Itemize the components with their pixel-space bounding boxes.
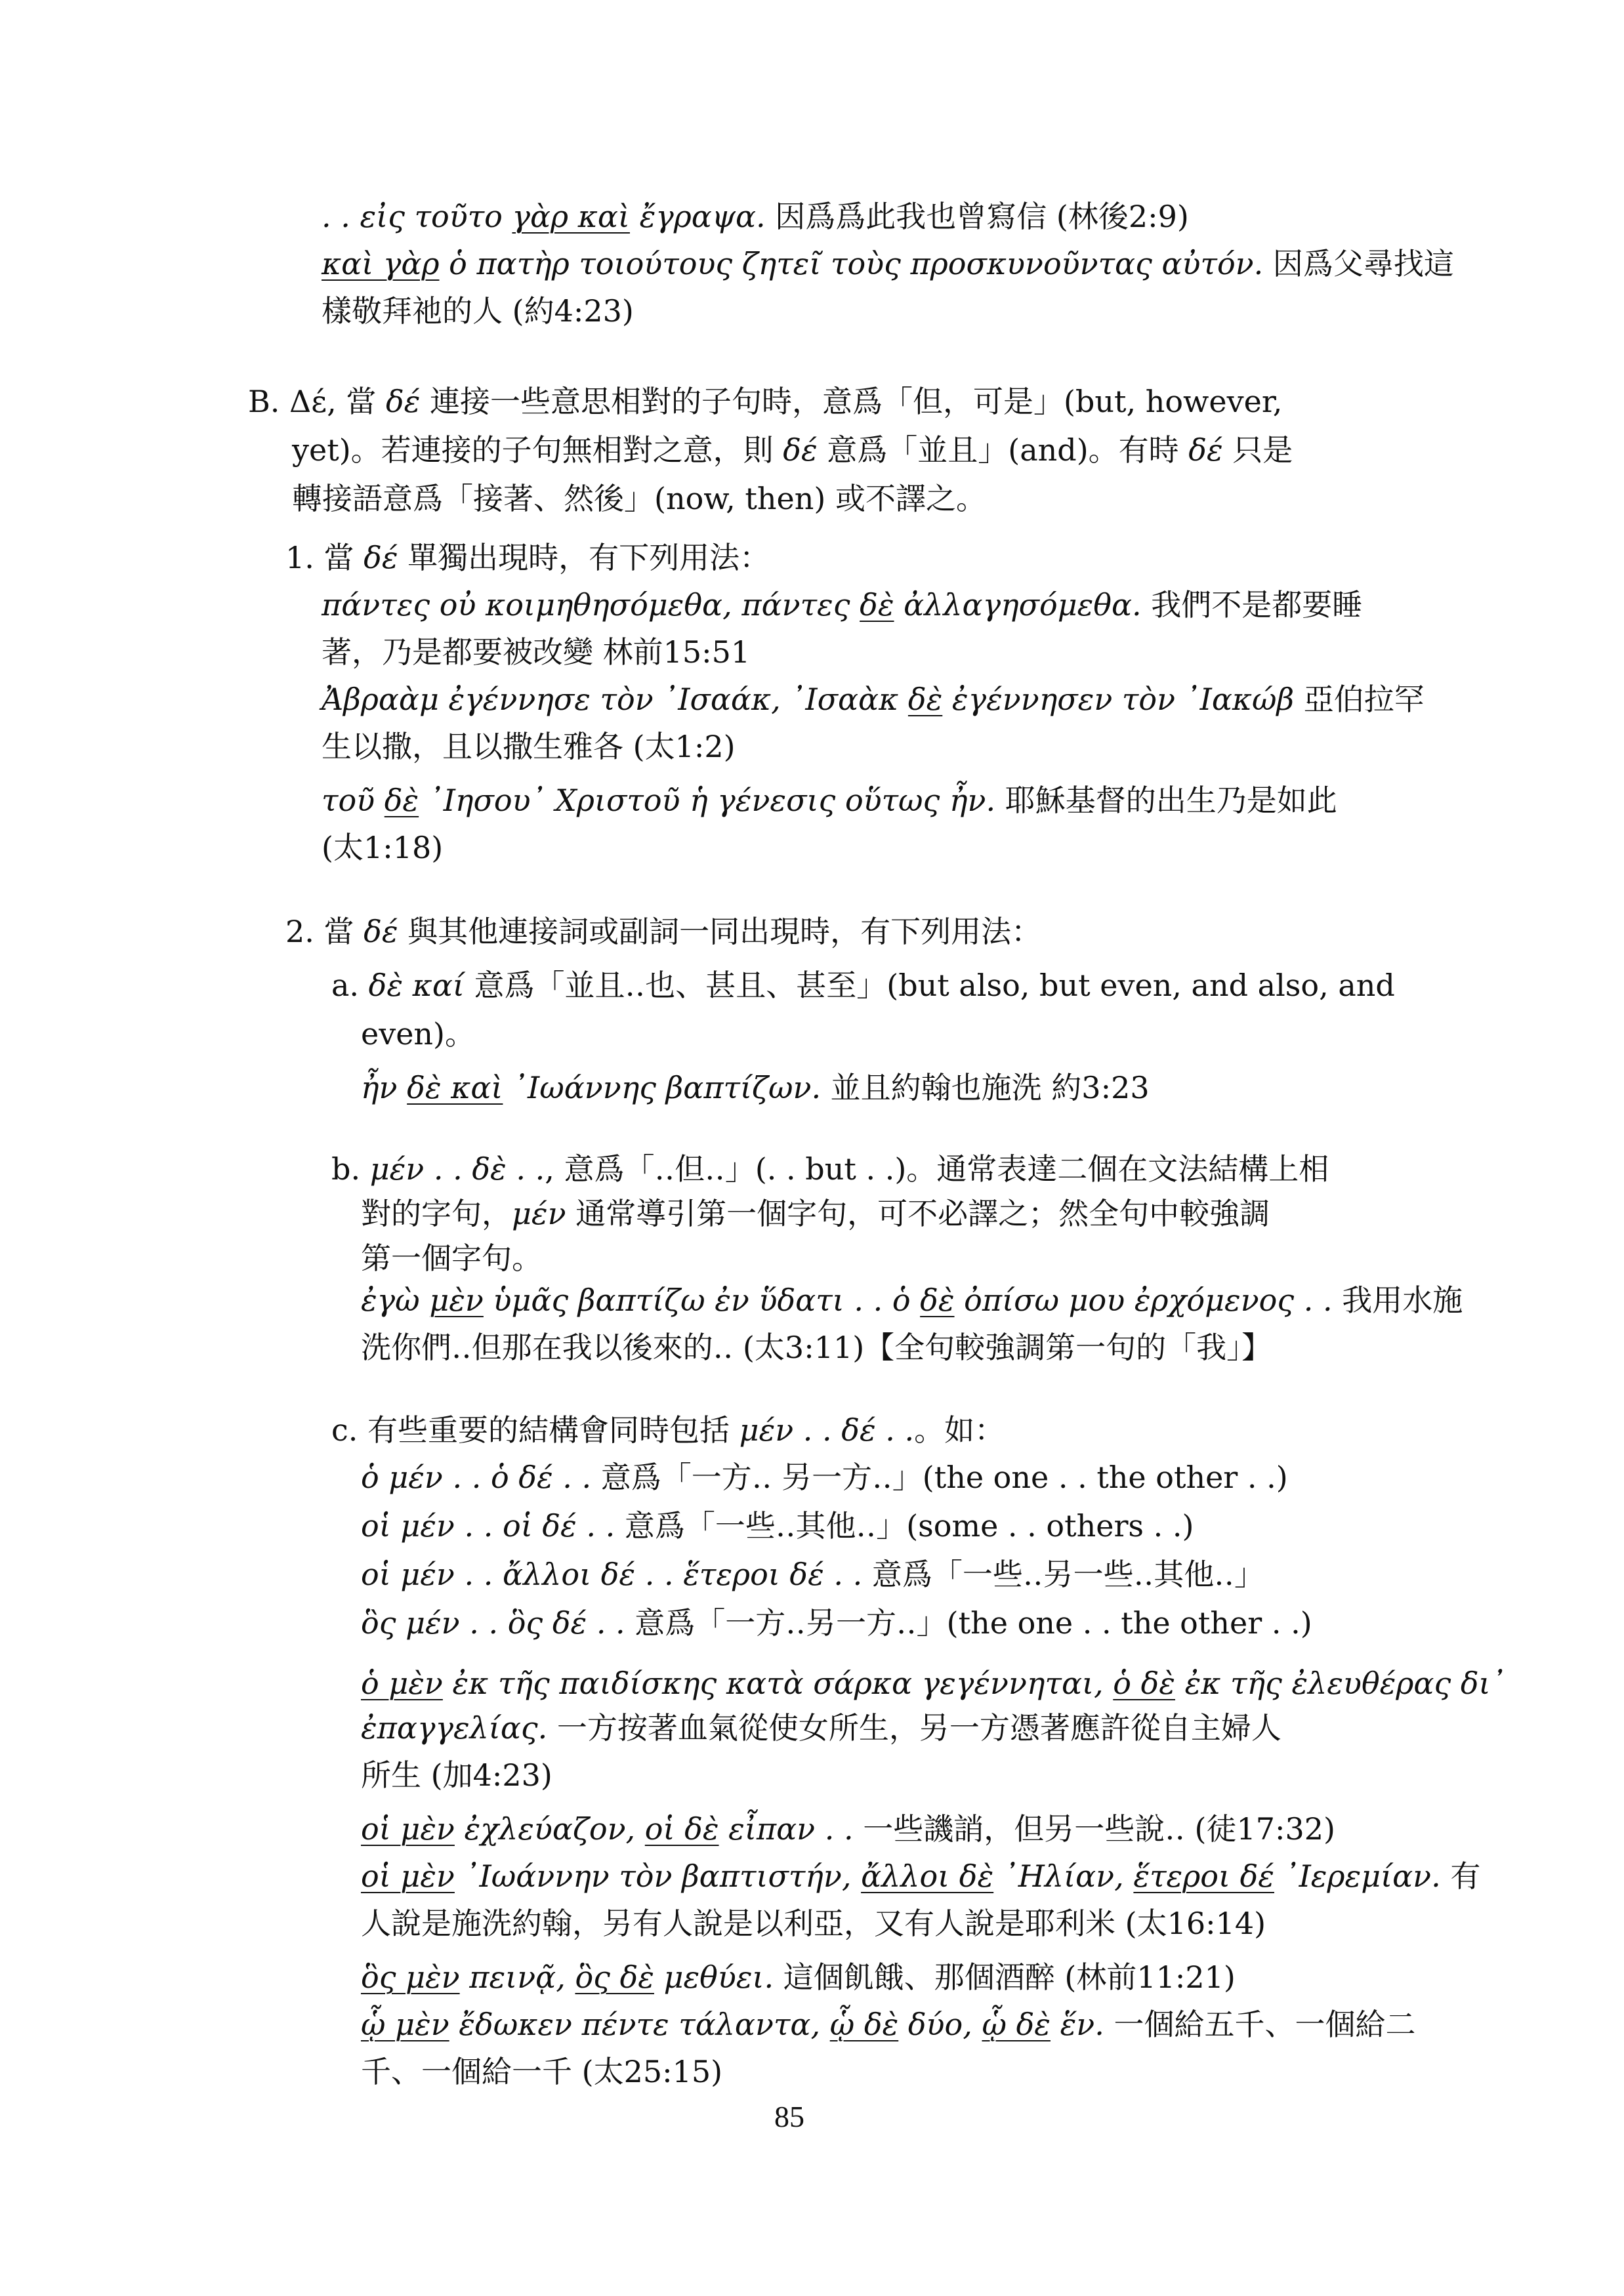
greek-text: μεθύει. [654, 1959, 774, 1995]
text-segment: 一個給五千、一個給二 [1104, 2007, 1416, 2042]
greek-emphasis: ὁ δὲ [1113, 1666, 1175, 1701]
greek-text: ὁ πατὴρ τοιούτους ζητεῖ τοὺς προσκυνοῦντ… [440, 246, 1264, 281]
greek-text: οἱ μέν . . ἄλλοι δέ . . ἕτεροι δέ . . [361, 1557, 862, 1592]
text-segment: 意爲「一方‥另一方‥」(the one . . the other . .) [625, 1605, 1312, 1641]
text-line: ὁ μέν . . ὁ δέ . . 意爲「一方‥ 另一方‥」(the one … [361, 1458, 1288, 1497]
text-segment: 意爲「一些‥另一些‥其他‥」 [862, 1557, 1264, 1592]
greek-text: ἕν. [1051, 2007, 1104, 2042]
greek-text: ᾿Ιωάννης βαπτίζων. [503, 1070, 821, 1105]
text-segment: 亞伯拉罕 [1294, 682, 1425, 717]
greek-emphasis: δὲ [908, 682, 942, 717]
text-line: 1. 當 δέ 單獨出現時，有下列用法： [285, 538, 770, 577]
text-segment: 一些譏誚，但另一些說‥ (徒17:32) [854, 1811, 1335, 1847]
text-line: 洗你們‥但那在我以後來的‥ (太3:11)【全句較強調第一句的「我」】 [361, 1328, 1272, 1367]
text-segment: 連接一些意思相對的子句時，意爲「但，可是」(but, however, [420, 384, 1282, 419]
greek-text: δὲ καί [369, 968, 465, 1003]
greek-text: ἐκ τῆς ἐλευθέρας δι᾿ [1175, 1666, 1506, 1701]
greek-text: δέ [386, 384, 420, 419]
document-page: . . εἰς τοῦτο γὰρ καὶ ἔγραψα. 因爲爲此我也曾寫信 … [0, 0, 1624, 2296]
greek-text: ἔγραψα. [630, 199, 766, 234]
greek-emphasis: καὶ γὰρ [322, 246, 440, 281]
text-segment: 我用水施 [1333, 1282, 1463, 1318]
text-segment: 第一個字句。 [361, 1240, 542, 1276]
greek-emphasis: ὁ μὲν [361, 1666, 443, 1701]
greek-text: ὑμᾶς βαπτίζω ἐν ὕδατι . . ὁ [484, 1282, 920, 1318]
greek-text: δύο, [898, 2007, 982, 2042]
text-line: 生以撒，且以撒生雅各 (太1:2) [322, 727, 736, 766]
text-line: 第一個字句。 [361, 1239, 542, 1278]
text-line: 對的字句，μέν 通常導引第一個字句，可不必譯之；然全句中較強調 [361, 1194, 1270, 1233]
greek-text: ἀλλαγησόμεθα. [894, 587, 1142, 623]
text-line: οἱ μὲν ᾿Ιωάννην τὸν βαπτιστήν, ἄλλοι δὲ … [361, 1856, 1480, 1896]
text-line: b. μέν . . δὲ . ., 意爲「‥但‥」(. . but . .)。… [331, 1149, 1329, 1189]
text-line: ὁ μὲν ἐκ τῆς παιδίσκης κατὰ σάρκα γεγένν… [361, 1664, 1506, 1703]
text-line: 轉接語意爲「接著、然後」(now, then) 或不譯之。 [292, 479, 986, 518]
greek-text: πάντες οὐ κοιμηθησόμεθα, πάντες [322, 587, 860, 623]
text-line: καὶ γὰρ ὁ πατὴρ τοιούτους ζητεῖ τοὺς προ… [322, 244, 1454, 283]
text-segment: 一方按著血氣從使女所生，另一方憑著應許從自主婦人 [547, 1710, 1281, 1746]
text-line: ᾧ μὲν ἔδωκεν πέντε τάλαντα, ᾧ δὲ δύο, ᾧ … [361, 2005, 1416, 2044]
text-line: οἱ μέν . . οἱ δέ . . 意爲「一些‥其他‥」(some . .… [361, 1506, 1194, 1546]
greek-text: μέν . . δέ . . [739, 1412, 915, 1448]
text-segment: 單獨出現時，有下列用法： [398, 540, 770, 575]
greek-text: μέν [512, 1196, 566, 1231]
text-line: 樣敬拜祂的人 (約4:23) [322, 291, 634, 331]
text-segment: 1. 當 [285, 540, 364, 575]
text-segment: 與其他連接詞或副詞一同出現時，有下列用法： [398, 914, 1042, 949]
greek-emphasis: γὰρ καὶ [512, 199, 630, 234]
text-segment: 對的字句， [361, 1196, 512, 1231]
greek-text: τοῦ [322, 783, 385, 818]
greek-text: ᾿Ιωάννην τὸν βαπτιστήν, [455, 1858, 861, 1894]
text-segment: , 意爲「‥但‥」(. . but . .)。通常表達二個在文法結構上相 [545, 1151, 1329, 1187]
greek-emphasis: οἱ δὲ [645, 1811, 719, 1847]
text-segment: b. [331, 1151, 370, 1187]
greek-text: ὃς μέν . . ὃς δέ . . [361, 1605, 625, 1641]
greek-text: ἐκ τῆς παιδίσκης κατὰ σάρκα γεγέννηται, [443, 1666, 1113, 1701]
text-segment: B. Δέ, 當 [248, 384, 386, 419]
text-line: even)。 [361, 1014, 475, 1054]
greek-text: εἶπαν . . [719, 1811, 854, 1847]
text-line: c. 有些重要的結構會同時包括 μέν . . δέ . .。如： [331, 1410, 1005, 1450]
greek-text: δέ [1188, 432, 1222, 468]
text-segment: 人說是施洗約翰，另有人說是以利亞，又有人說是耶利米 (太16:14) [361, 1906, 1266, 1941]
text-line: οἱ μέν . . ἄλλοι δέ . . ἕτεροι δέ . . 意爲… [361, 1555, 1264, 1594]
greek-text: πεινᾷ, [460, 1959, 575, 1995]
greek-emphasis: ὃς δὲ [575, 1959, 654, 1995]
greek-text: ἐγὼ [361, 1282, 429, 1318]
text-line: Ἀβραὰμ ἐγέννησε τὸν ᾿Ισαάκ, ᾿Ισαὰκ δὲ ἐγ… [322, 680, 1425, 719]
text-segment: 著，乃是都要被改變 林前15:51 [322, 634, 750, 670]
greek-emphasis: οἱ μὲν [361, 1858, 455, 1894]
text-line: 所生 (加4:23) [361, 1755, 552, 1795]
text-segment: 耶穌基督的出生乃是如此 [995, 783, 1337, 818]
greek-text: ἐγέννησεν τὸν ᾿Ιακώβ [942, 682, 1294, 717]
text-segment: 轉接語意爲「接著、然後」(now, then) 或不譯之。 [292, 481, 986, 516]
greek-text: . . εἰς τοῦτο [322, 199, 512, 234]
text-line: . . εἰς τοῦτο γὰρ καὶ ἔγραψα. 因爲爲此我也曾寫信 … [322, 197, 1189, 236]
greek-text: δέ [783, 432, 817, 468]
text-segment: 意爲「並且」(and)。有時 [818, 432, 1189, 468]
greek-text: ἔδωκεν πέντε τάλαντα, [449, 2007, 830, 2042]
text-line: 著，乃是都要被改變 林前15:51 [322, 632, 750, 672]
text-line: 人說是施洗約翰，另有人說是以利亞，又有人說是耶利米 (太16:14) [361, 1904, 1266, 1943]
greek-text: ἐπαγγελίας. [361, 1710, 547, 1746]
greek-emphasis: δὲ καὶ [407, 1070, 503, 1105]
text-line: ἦν δὲ καὶ ᾿Ιωάννης βαπτίζων. 並且約翰也施洗 約3:… [361, 1068, 1150, 1107]
text-segment: 洗你們‥但那在我以後來的‥ (太3:11)【全句較強調第一句的「我」】 [361, 1330, 1272, 1365]
text-segment: 有 [1441, 1858, 1481, 1894]
text-segment: a. [331, 968, 369, 1003]
greek-text: ἐχλεύαζον, [455, 1811, 645, 1847]
greek-text: δέ [364, 540, 398, 575]
greek-emphasis: ᾧ μὲν [361, 2007, 449, 2042]
greek-text: ὀπίσω μου ἐρχόμενος . . [955, 1282, 1333, 1318]
greek-text: ἦν [361, 1070, 407, 1105]
text-line: (太1:18) [322, 828, 443, 867]
greek-emphasis: δὲ [920, 1282, 954, 1318]
text-segment: 只是 [1223, 432, 1293, 468]
greek-text: ὁ μέν . . ὁ δέ . . [361, 1460, 591, 1495]
greek-text: ᾿Ιερεμίαν. [1274, 1858, 1441, 1894]
text-segment: (太1:18) [322, 830, 443, 865]
text-segment: 所生 (加4:23) [361, 1757, 552, 1793]
text-segment: 因爲父尋找這 [1263, 246, 1454, 281]
greek-text: οἱ μέν . . οἱ δέ . . [361, 1508, 615, 1544]
text-line: yet)。若連接的子句無相對之意，則 δέ 意爲「並且」(and)。有時 δέ … [292, 430, 1293, 470]
text-line: πάντες οὐ κοιμηθησόμεθα, πάντες δὲ ἀλλαγ… [322, 585, 1362, 625]
greek-emphasis: ἄλλοι δὲ [861, 1858, 993, 1894]
text-line: οἱ μὲν ἐχλεύαζον, οἱ δὲ εἶπαν . . 一些譏誚，但… [361, 1809, 1335, 1849]
text-segment: even)。 [361, 1016, 475, 1052]
greek-emphasis: ὃς μὲν [361, 1959, 460, 1995]
greek-emphasis: ᾧ δὲ [830, 2007, 899, 2042]
text-segment: 意爲「一方‥ 另一方‥」(the one . . the other . .) [591, 1460, 1288, 1495]
text-line: ὃς μὲν πεινᾷ, ὃς δὲ μεθύει. 這個飢餓、那個酒醉 (林… [361, 1958, 1236, 1997]
greek-text: ᾿Ηλίαν, [993, 1858, 1133, 1894]
greek-emphasis: οἱ μὲν [361, 1811, 455, 1847]
greek-emphasis: μὲν [429, 1282, 484, 1318]
text-segment: 通常導引第一個字句，可不必譯之；然全句中較強調 [566, 1196, 1270, 1231]
page-number: 85 [774, 2099, 804, 2134]
text-line: B. Δέ, 當 δέ 連接一些意思相對的子句時，意爲「但，可是」(but, h… [248, 382, 1282, 421]
greek-text: Ἀβραὰμ ἐγέννησε τὸν ᾿Ισαάκ, ᾿Ισαὰκ [322, 682, 908, 717]
text-line: 2. 當 δέ 與其他連接詞或副詞一同出現時，有下列用法： [285, 912, 1041, 951]
text-segment: yet)。若連接的子句無相對之意，則 [292, 432, 783, 468]
greek-text: ᾿Ιησου᾿ Χριστοῦ ἡ γένεσις οὕτως ἦν. [419, 783, 995, 818]
text-line: ἐγὼ μὲν ὑμᾶς βαπτίζω ἐν ὕδατι . . ὁ δὲ ὀ… [361, 1281, 1463, 1320]
text-segment: c. 有些重要的結構會同時包括 [331, 1412, 739, 1448]
text-segment: 這個飢餓、那個酒醉 (林前11:21) [774, 1959, 1236, 1995]
text-segment: 意爲「一些‥其他‥」(some . . others . .) [615, 1508, 1194, 1544]
greek-emphasis: ᾧ δὲ [982, 2007, 1051, 2042]
text-segment: 意爲「並且‥也、甚且、甚至」(but also, but even, and a… [465, 968, 1395, 1003]
text-segment: 因爲爲此我也曾寫信 (林後2:9) [766, 199, 1189, 234]
text-segment: 千、一個給一千 (太25:15) [361, 2054, 722, 2089]
text-line: ἐπαγγελίας. 一方按著血氣從使女所生，另一方憑著應許從自主婦人 [361, 1708, 1281, 1748]
greek-emphasis: δὲ [385, 783, 419, 818]
text-line: ὃς μέν . . ὃς δέ . . 意爲「一方‥另一方‥」(the one… [361, 1603, 1312, 1643]
text-segment: 並且約翰也施洗 約3:23 [821, 1070, 1150, 1105]
text-segment: 樣敬拜祂的人 (約4:23) [322, 293, 634, 329]
greek-text: δέ [364, 914, 398, 949]
text-line: a. δὲ καί 意爲「並且‥也、甚且、甚至」(but also, but e… [331, 966, 1395, 1005]
greek-emphasis: δὲ [860, 587, 894, 623]
text-segment: 生以撒，且以撒生雅各 (太1:2) [322, 729, 736, 764]
text-line: 千、一個給一千 (太25:15) [361, 2052, 722, 2091]
text-line: τοῦ δὲ ᾿Ιησου᾿ Χριστοῦ ἡ γένεσις οὕτως ἦ… [322, 781, 1337, 820]
greek-text: μέν . . δὲ . . [370, 1151, 545, 1187]
text-segment: 。如： [914, 1412, 1005, 1448]
text-segment: 2. 當 [285, 914, 364, 949]
greek-emphasis: ἕτεροι δέ [1133, 1858, 1274, 1894]
text-segment: 我們不是都要睡 [1142, 587, 1363, 623]
